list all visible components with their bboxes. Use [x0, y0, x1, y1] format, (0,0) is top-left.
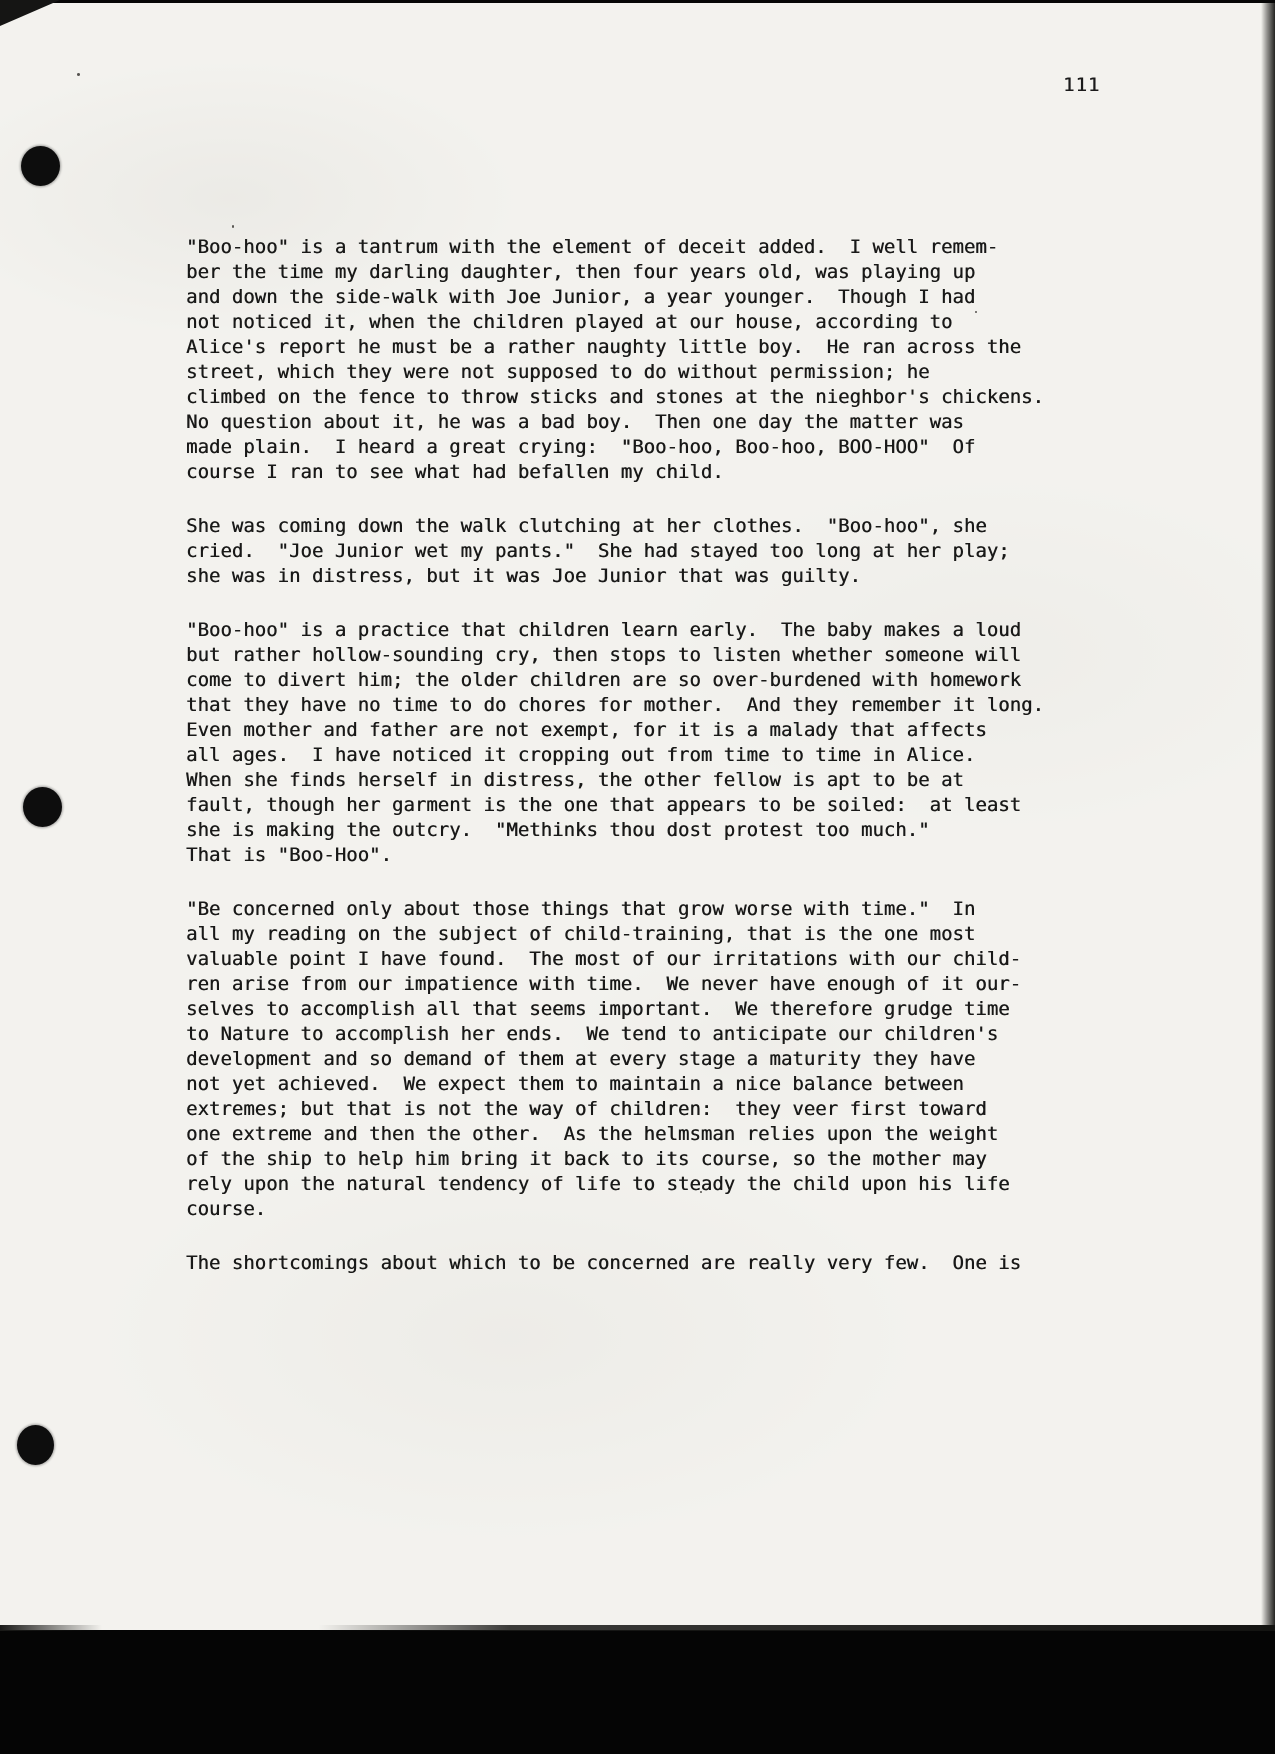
text-line: made plain. I heard a great crying: "Boo…: [186, 435, 1076, 460]
hole-punch: [17, 1425, 54, 1465]
text-line: climbed on the fence to throw sticks and…: [186, 385, 1076, 410]
text-line: When she finds herself in distress, the …: [186, 768, 1076, 793]
text-line: course I ran to see what had befallen my…: [186, 460, 1076, 485]
text-line: The shortcomings about which to be conce…: [186, 1251, 1076, 1276]
text-line: She was coming down the walk clutching a…: [186, 514, 1076, 539]
text-line: rely upon the natural tendency of life t…: [186, 1172, 1076, 1197]
paragraph: The shortcomings about which to be conce…: [186, 1251, 1076, 1276]
document-body-text: "Boo-hoo" is a tantrum with the element …: [186, 235, 1076, 1305]
text-line: valuable point I have found. The most of…: [186, 947, 1076, 972]
hole-punch: [23, 787, 62, 827]
page-number: 111: [1063, 73, 1100, 98]
paragraph: "Be concerned only about those things th…: [186, 897, 1076, 1222]
scanned-page: 111 "Boo-hoo" is a tantrum with the elem…: [0, 3, 1275, 1630]
text-line: development and so demand of them at eve…: [186, 1047, 1076, 1072]
text-line: she was in distress, but it was Joe Juni…: [186, 564, 1076, 589]
text-line: Even mother and father are not exempt, f…: [186, 718, 1076, 743]
text-line: That is "Boo-Hoo".: [186, 843, 1076, 868]
scan-edge-shadow: [1261, 3, 1275, 1630]
text-line: cried. "Joe Junior wet my pants." She ha…: [186, 539, 1076, 564]
text-line: course.: [186, 1197, 1076, 1222]
text-line: ber the time my darling daughter, then f…: [186, 260, 1076, 285]
text-line: ren arise from our impatience with time.…: [186, 972, 1076, 997]
text-line: and down the side-walk with Joe Junior, …: [186, 285, 1076, 310]
text-line: not noticed it, when the children played…: [186, 310, 1076, 335]
text-line: Alice's report he must be a rather naugh…: [186, 335, 1076, 360]
text-line: of the ship to help him bring it back to…: [186, 1147, 1076, 1172]
text-line: all my reading on the subject of child-t…: [186, 922, 1076, 947]
text-line: that they have no time to do chores for …: [186, 693, 1076, 718]
text-line: one extreme and then the other. As the h…: [186, 1122, 1076, 1147]
scan-speck: [77, 73, 80, 76]
text-line: "Boo-hoo" is a tantrum with the element …: [186, 235, 1076, 260]
scanner-background: [0, 1630, 1275, 1754]
text-line: to Nature to accomplish her ends. We ten…: [186, 1022, 1076, 1047]
paragraph: "Boo-hoo" is a tantrum with the element …: [186, 235, 1076, 485]
text-line: selves to accomplish all that seems impo…: [186, 997, 1076, 1022]
text-line: No question about it, he was a bad boy. …: [186, 410, 1076, 435]
text-line: "Be concerned only about those things th…: [186, 897, 1076, 922]
scan-edge-artifact: [0, 0, 60, 26]
text-line: fault, though her garment is the one tha…: [186, 793, 1076, 818]
text-line: "Boo-hoo" is a practice that children le…: [186, 618, 1076, 643]
paragraph: "Boo-hoo" is a practice that children le…: [186, 618, 1076, 868]
paragraph: She was coming down the walk clutching a…: [186, 514, 1076, 589]
text-line: not yet achieved. We expect them to main…: [186, 1072, 1076, 1097]
text-line: she is making the outcry. "Methinks thou…: [186, 818, 1076, 843]
text-line: extremes; but that is not the way of chi…: [186, 1097, 1076, 1122]
text-line: but rather hollow-sounding cry, then sto…: [186, 643, 1076, 668]
scan-speck: [232, 225, 234, 228]
text-line: street, which they were not supposed to …: [186, 360, 1076, 385]
hole-punch: [21, 146, 60, 186]
text-line: come to divert him; the older children a…: [186, 668, 1076, 693]
text-line: all ages. I have noticed it cropping out…: [186, 743, 1076, 768]
